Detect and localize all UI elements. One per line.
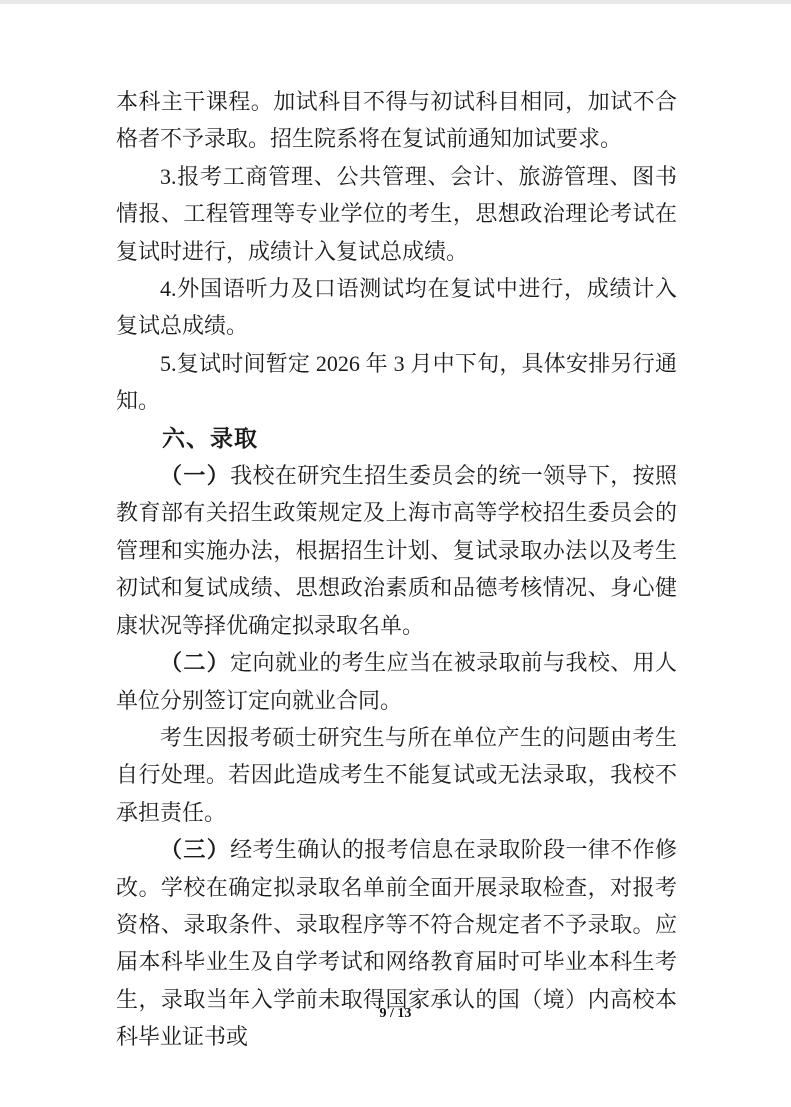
paragraph-number-prefix: （二） [160,650,230,675]
paragraph: 4.外国语听力及口语测试均在复试中进行，成绩计入复试总成绩。 [116,270,677,345]
page-footer: 9 / 13 [0,1004,791,1022]
paragraph-number-prefix: （一） [160,463,230,488]
paragraph: （二）定向就业的考生应当在被录取前与我校、用人单位分别签订定向就业合同。 [116,644,677,719]
paragraph-number-prefix: （三） [160,837,230,862]
document-page: 本科主干课程。加试科目不得与初试科目相同，加试不合格者不予录取。招生院系将在复试… [0,0,791,1107]
section-heading: 六、录取 [116,420,677,457]
paragraph: （一）我校在研究生招生委员会的统一领导下，按照教育部有关招生政策规定及上海市高等… [116,457,677,644]
paragraph: 考生因报考硕士研究生与所在单位产生的问题由考生自行处理。若因此造成考生不能复试或… [116,719,677,831]
page-number: 9 / 13 [380,1006,412,1021]
top-divider [0,0,791,4]
paragraph: 3.报考工商管理、公共管理、会计、旅游管理、图书情报、工程管理等专业学位的考生，… [116,158,677,270]
paragraph: 5.复试时间暂定 2026 年 3 月中下旬，具体安排另行通知。 [116,345,677,420]
paragraph: 本科主干课程。加试科目不得与初试科目相同，加试不合格者不予录取。招生院系将在复试… [116,83,677,158]
document-body: 本科主干课程。加试科目不得与初试科目相同，加试不合格者不予录取。招生院系将在复试… [116,83,677,1056]
